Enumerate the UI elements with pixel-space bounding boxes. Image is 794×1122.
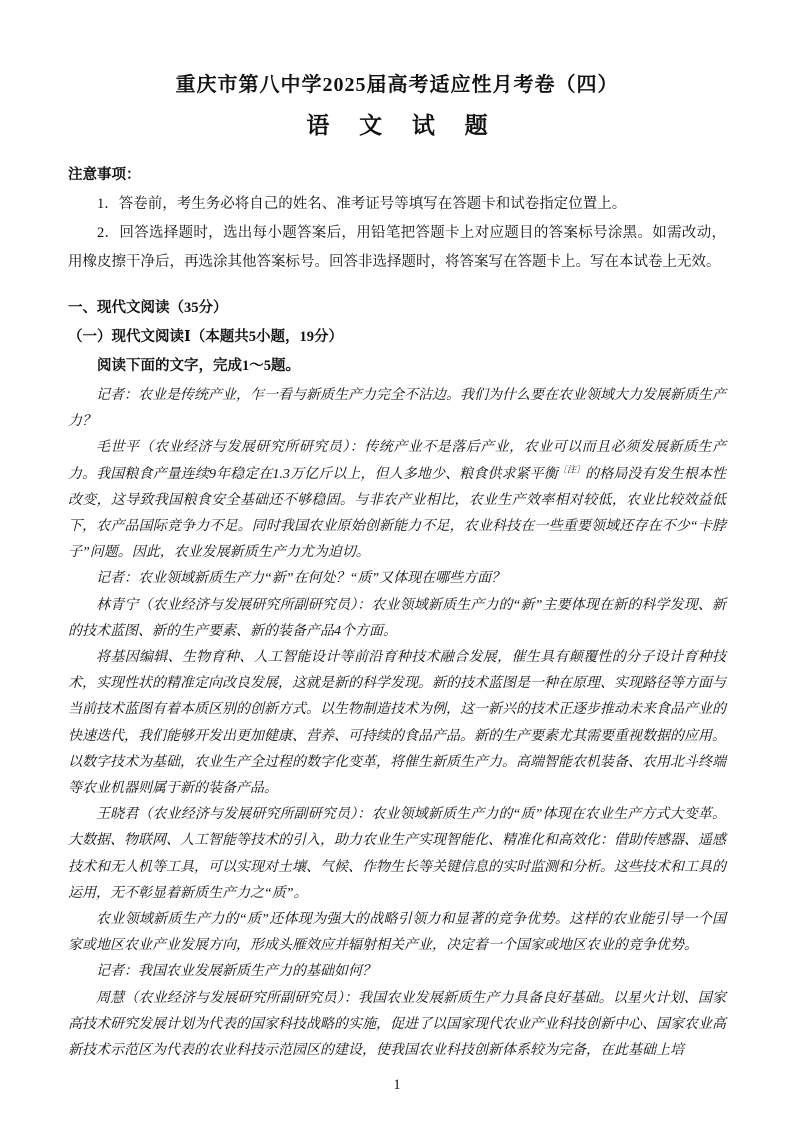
section-sub-heading: （一）现代文阅读Ⅰ（本题共5小题，19分）	[68, 323, 726, 352]
passage-paragraph-strategic-advantage: 农业领域新质生产力的“质”还体现为强大的战略引领力和显著的竞争优势。这样的农业能…	[68, 907, 726, 959]
passage-paragraph-reporter-1: 记者：农业是传统产业，乍一看与新质生产力完全不沾边。我们为什么要在农业领域大力发…	[68, 383, 726, 435]
notice-heading: 注意事项：	[68, 161, 726, 190]
notice-item-2: 2．回答选择题时，选出每小题答案后，用铅笔把答题卡上对应题目的答案标号涂黑。如需…	[68, 219, 726, 277]
page-number: 1	[0, 1077, 794, 1094]
reading-passage: 记者：农业是传统产业，乍一看与新质生产力完全不沾边。我们为什么要在农业领域大力发…	[68, 383, 726, 1064]
passage-paragraph-wangxiaojun: 王晓君（农业经济与发展研究所副研究员）：农业领域新质生产力的“质”体现在农业生产…	[68, 802, 726, 907]
notice-item-1: 1．答卷前，考生务必将自己的姓名、准考证号等填写在答题卡和试卷指定位置上。	[68, 190, 726, 219]
section-part-heading: 一、现代文阅读（35分）	[68, 294, 726, 323]
passage-paragraph-maoshiping: 毛世平（农业经济与发展研究所研究员）：传统产业不是落后产业，农业可以而且必须发展…	[68, 435, 726, 566]
footnote-marker: 〔注〕	[558, 464, 585, 474]
passage-paragraph-linqingning: 林青宁（农业经济与发展研究所副研究员）：农业领域新质生产力的“新”主要体现在新的…	[68, 593, 726, 645]
section-headings: 一、现代文阅读（35分） （一）现代文阅读Ⅰ（本题共5小题，19分） 阅读下面的…	[68, 294, 726, 381]
notice-block: 注意事项： 1．答卷前，考生务必将自己的姓名、准考证号等填写在答题卡和试卷指定位…	[68, 161, 726, 277]
subject-title: 语 文 试 题	[68, 111, 726, 141]
exam-title: 重庆市第八中学2025届高考适应性月考卷（四）	[68, 72, 726, 99]
reading-instruction: 阅读下面的文字，完成1～5题。	[68, 352, 726, 381]
passage-paragraph-zhouhui: 周慧（农业经济与发展研究所副研究员）：我国农业发展新质生产力具备良好基础。以星火…	[68, 986, 726, 1065]
passage-paragraph-gene-editing: 将基因编辑、生物育种、人工智能设计等前沿育种技术融合发展，催生具有颠覆性的分子设…	[68, 645, 726, 802]
passage-paragraph-reporter-2: 记者：农业领域新质生产力“新”在何处？“质”又体现在哪些方面？	[68, 566, 726, 592]
passage-paragraph-reporter-3: 记者：我国农业发展新质生产力的基础如何？	[68, 959, 726, 985]
exam-paper-page: 重庆市第八中学2025届高考适应性月考卷（四） 语 文 试 题 注意事项： 1．…	[0, 0, 794, 1122]
